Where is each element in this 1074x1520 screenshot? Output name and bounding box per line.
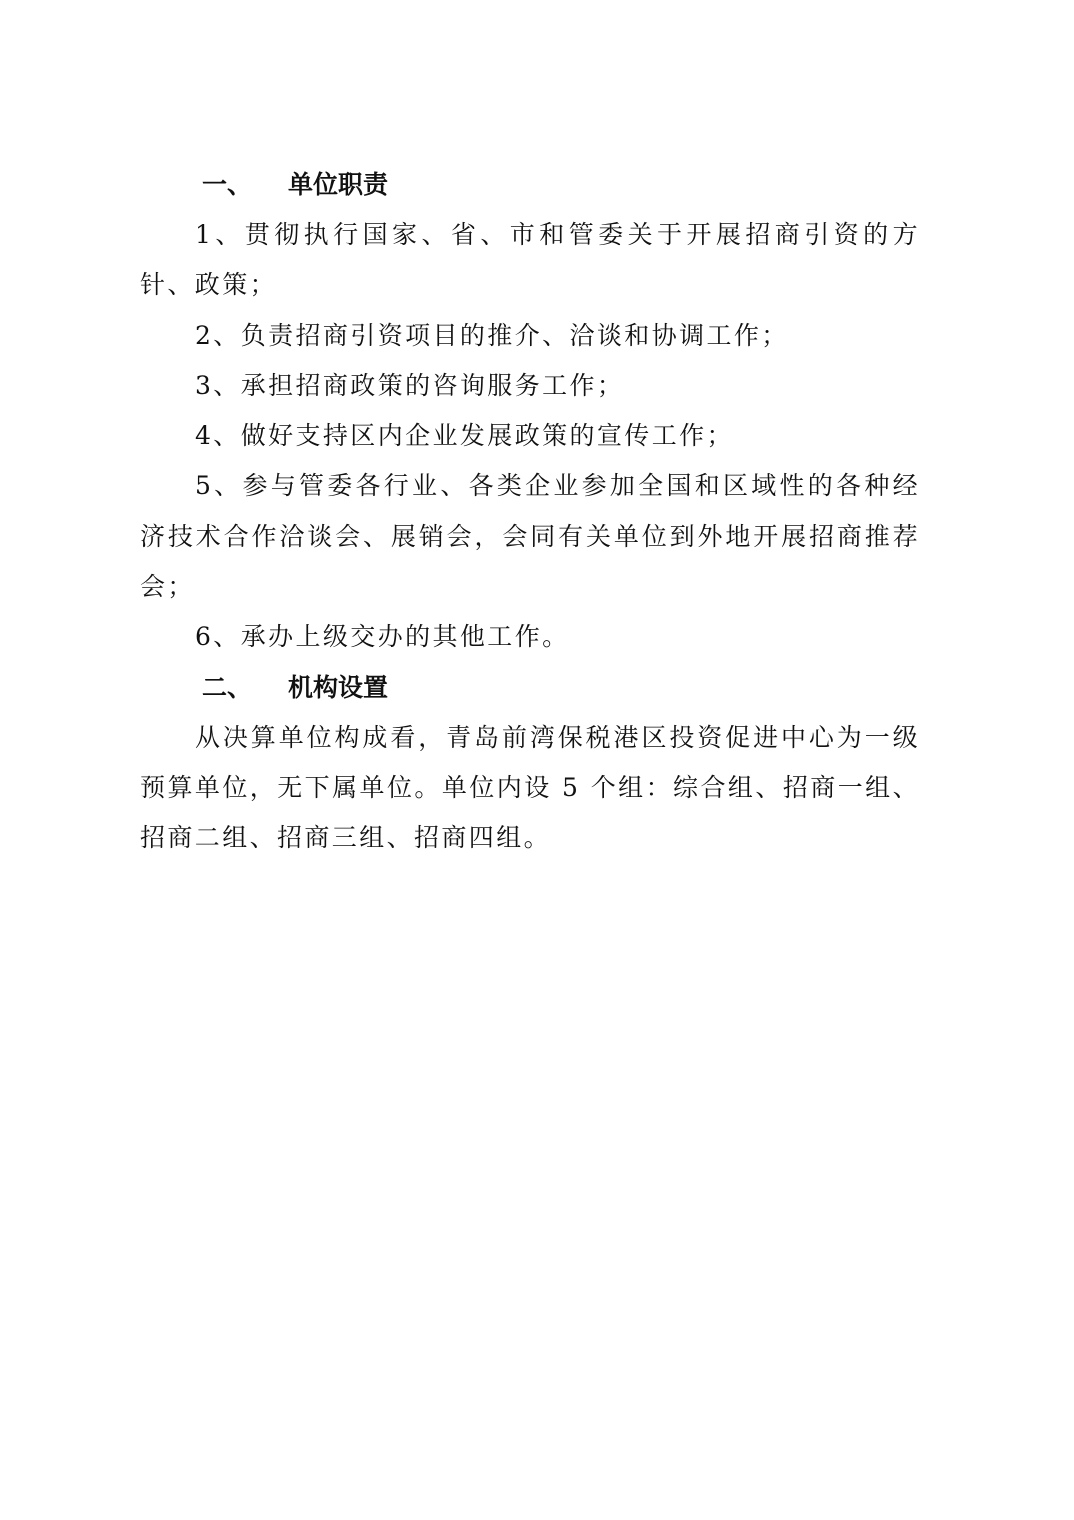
section-heading-organization: 二、机构设置 bbox=[140, 663, 920, 713]
duty-item-3: 3、承担招商政策的咨询服务工作； bbox=[140, 361, 920, 411]
section-title: 单位职责 bbox=[288, 170, 388, 199]
section-number: 一、 bbox=[202, 160, 288, 210]
duty-item-1: 1、贯彻执行国家、省、市和管委关于开展招商引资的方针、政策； bbox=[140, 210, 920, 311]
organization-paragraph: 从决算单位构成看，青岛前湾保税港区投资促进中心为一级预算单位，无下属单位。单位内… bbox=[140, 713, 920, 864]
section-heading-duties: 一、单位职责 bbox=[140, 160, 920, 210]
section-title: 机构设置 bbox=[288, 673, 388, 702]
duty-item-5: 5、参与管委各行业、各类企业参加全国和区域性的各种经济技术合作洽谈会、展销会，会… bbox=[140, 461, 920, 612]
section-number: 二、 bbox=[202, 663, 288, 713]
duty-item-2: 2、负责招商引资项目的推介、洽谈和协调工作； bbox=[140, 311, 920, 361]
document-page: 一、单位职责 1、贯彻执行国家、省、市和管委关于开展招商引资的方针、政策； 2、… bbox=[140, 160, 920, 864]
duty-item-6: 6、承办上级交办的其他工作。 bbox=[140, 612, 920, 662]
duty-item-4: 4、做好支持区内企业发展政策的宣传工作； bbox=[140, 411, 920, 461]
